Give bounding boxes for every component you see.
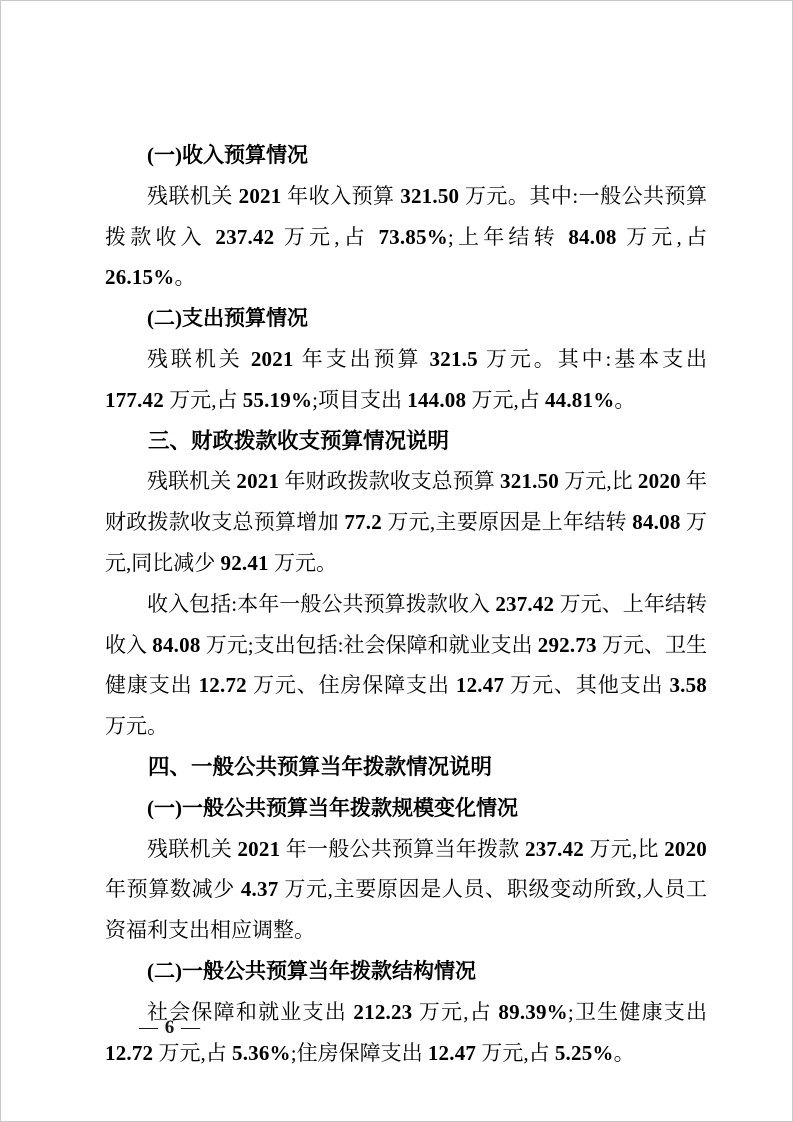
paragraph-scale-change: 残联机关 2021 年一般公共预算当年拨款 237.42 万元,比 2020 年…: [105, 829, 707, 951]
page-number: — 6 —: [139, 1015, 201, 1041]
subsection-heading-expenditure-budget: (二)支出预算情况: [105, 298, 707, 339]
paragraph-income-expenditure-detail: 收入包括:本年一般公共预算拨款收入 237.42 万元、上年结转收入 84.08…: [105, 584, 707, 747]
section-heading-fiscal-appropriation: 三、财政拨款收支预算情况说明: [105, 421, 707, 462]
paragraph-income-budget: 残联机关 2021 年收入预算 321.50 万元。其中:一般公共预算拨款收入 …: [105, 176, 707, 298]
section-heading-public-budget-appropriation: 四、一般公共预算当年拨款情况说明: [105, 747, 707, 788]
document-page: (一)收入预算情况 残联机关 2021 年收入预算 321.50 万元。其中:一…: [0, 0, 793, 1122]
subsection-heading-scale-change: (一)一般公共预算当年拨款规模变化情况: [105, 788, 707, 829]
subsection-heading-income-budget: (一)收入预算情况: [105, 135, 707, 176]
paragraph-expenditure-budget: 残联机关 2021 年支出预算 321.5 万元。其中:基本支出 177.42 …: [105, 339, 707, 421]
subsection-heading-structure: (二)一般公共预算当年拨款结构情况: [105, 951, 707, 992]
document-body: (一)收入预算情况 残联机关 2021 年收入预算 321.50 万元。其中:一…: [105, 135, 707, 1073]
paragraph-fiscal-total: 残联机关 2021 年财政拨款收支总预算 321.50 万元,比 2020 年财…: [105, 461, 707, 583]
